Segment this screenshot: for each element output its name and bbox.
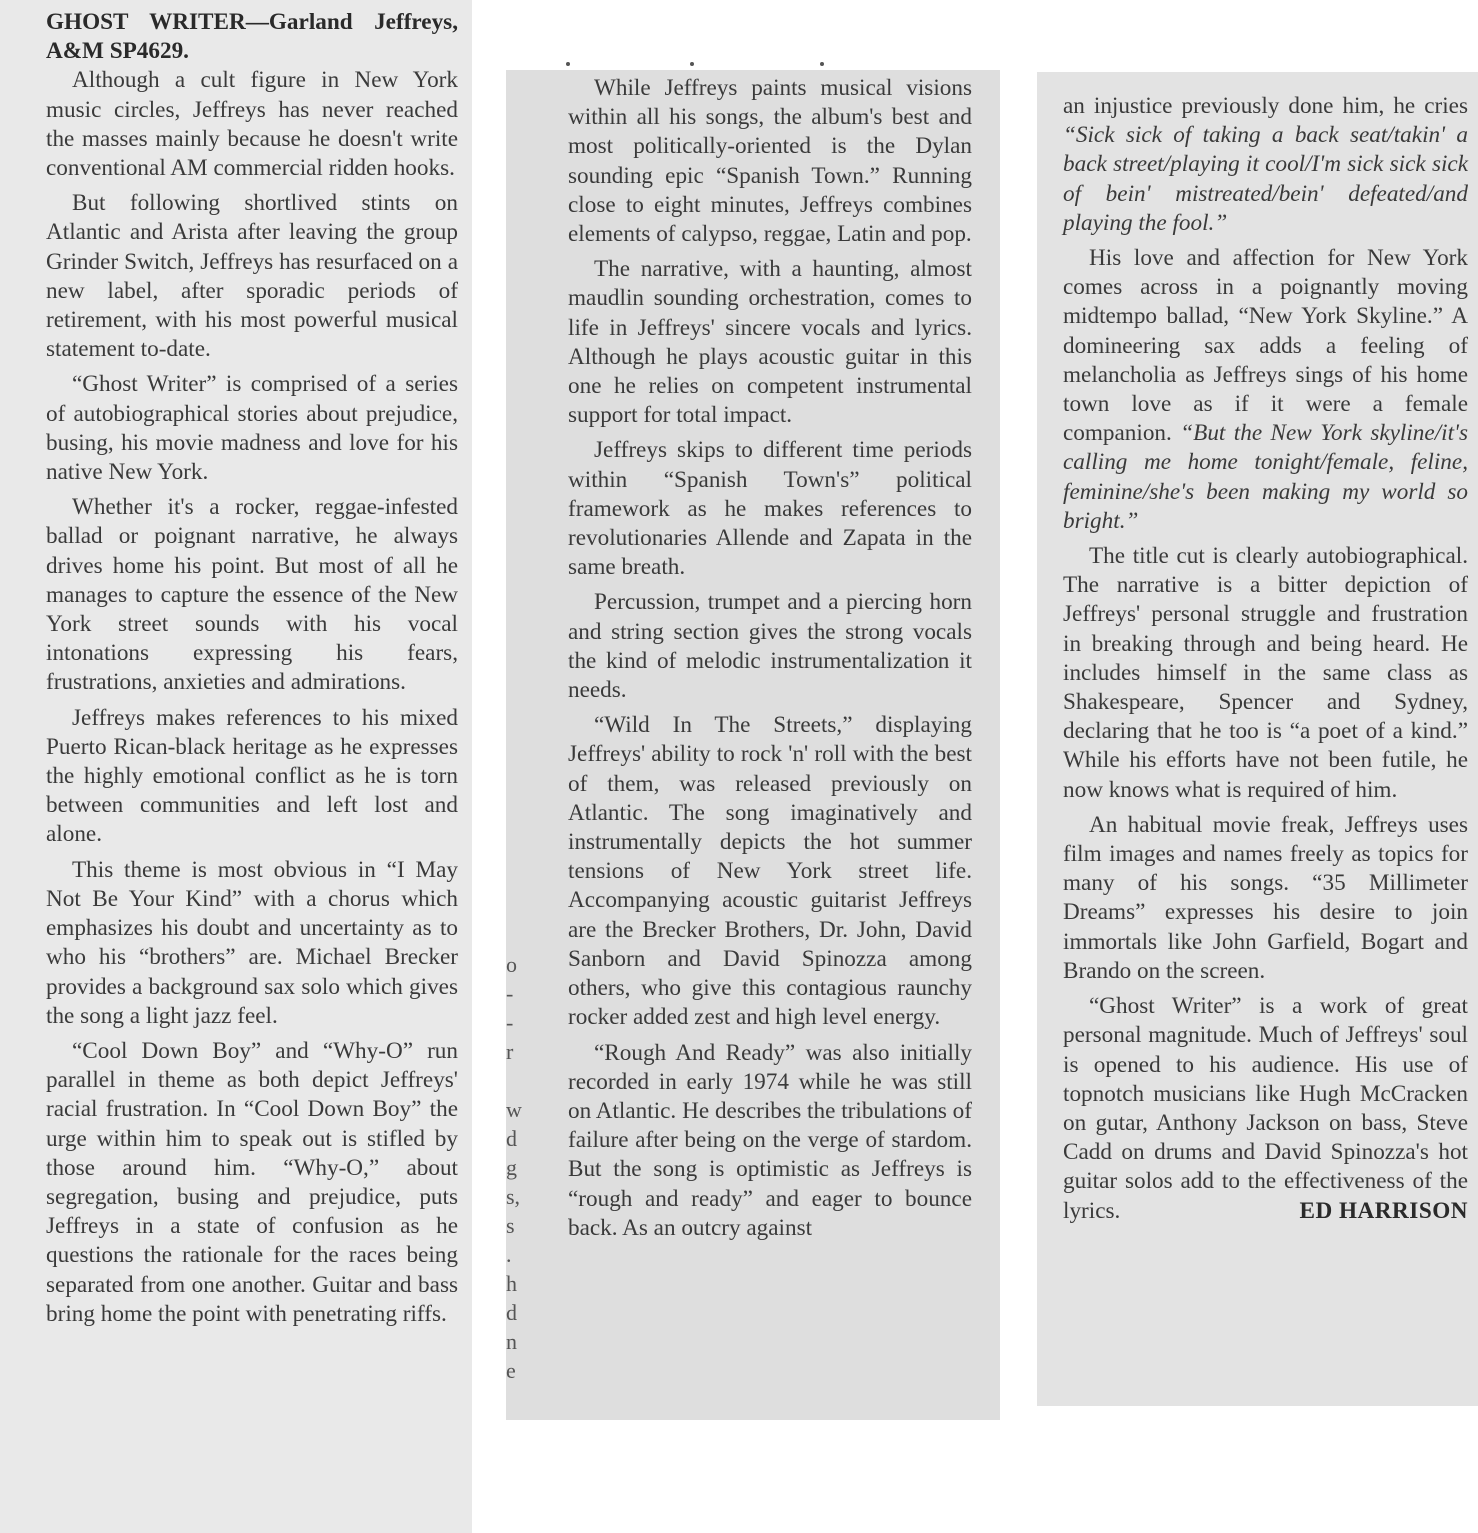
gutter-char: w [506,1095,522,1124]
paragraph: Percussion, trumpet and a piercing horn … [568,588,972,705]
clipped-top-marks [560,62,960,68]
paragraph-text: His love and affection for New York come… [1063,245,1468,446]
paragraph-continuation: an injustice previously done him, he cri… [1063,92,1468,238]
gutter-char: d [506,1298,522,1327]
gutter-char: s [506,1211,522,1240]
gutter-char: n [506,1327,522,1356]
paragraph: Whether it's a rocker, reggae-infested b… [46,493,458,697]
paragraph: The narrative, with a haunting, almost m… [568,255,972,430]
paragraph-final: “Ghost Writer” is a work of great person… [1063,992,1468,1226]
article-headline: GHOST WRITER—Garland Jeffreys, A&M SP462… [46,8,458,66]
paragraph: Jeffreys skips to different time periods… [568,436,972,582]
gutter-char [506,1066,522,1095]
gutter-char: e [506,1356,522,1385]
gutter-char: h [506,1269,522,1298]
paragraph-text: “Ghost Writer” is a work of great person… [1063,993,1468,1223]
paragraph: While Jeffreys paints musical visions wi… [568,74,972,249]
article-column-1: GHOST WRITER—Garland Jeffreys, A&M SP462… [0,0,472,1533]
paragraph: Jeffreys makes references to his mixed P… [46,704,458,850]
paragraph-text: an injustice previously done him, he cri… [1063,93,1468,119]
paragraph: “Ghost Writer” is comprised of a series … [46,370,458,487]
gutter-char: s, [506,1182,522,1211]
gutter-char: r [506,1037,522,1066]
paragraph: “Rough And Ready” was also initially rec… [568,1039,972,1243]
paragraph: The title cut is clearly autobiographica… [1063,542,1468,805]
paragraph: But following shortlived stints on Atlan… [46,189,458,364]
gutter-char: g [506,1153,522,1182]
paragraph: An habitual movie freak, Jeffreys uses f… [1063,811,1468,986]
paragraph: This theme is most obvious in “I May Not… [46,856,458,1031]
paragraph: “Cool Down Boy” and “Why-O” run parallel… [46,1037,458,1329]
lyric-quote: “Sick sick of taking a back seat/takin' … [1063,122,1468,236]
adjacent-column-fragments: o - - r w d g s, s . h d n e [506,950,522,1385]
paragraph: His love and affection for New York come… [1063,244,1468,536]
paragraph: Although a cult figure in New York music… [46,66,458,183]
gutter-char: - [506,979,522,1008]
paragraph: “Wild In The Streets,” displaying Jeffre… [568,711,972,1032]
gutter-char: . [506,1240,522,1269]
gutter-char: d [506,1124,522,1153]
author-byline: ED HARRISON [1274,1197,1468,1226]
gutter-char: o [506,950,522,979]
gutter-char: - [506,1008,522,1037]
article-column-3: an injustice previously done him, he cri… [1037,72,1478,1406]
article-column-2: While Jeffreys paints musical visions wi… [506,70,1000,1420]
